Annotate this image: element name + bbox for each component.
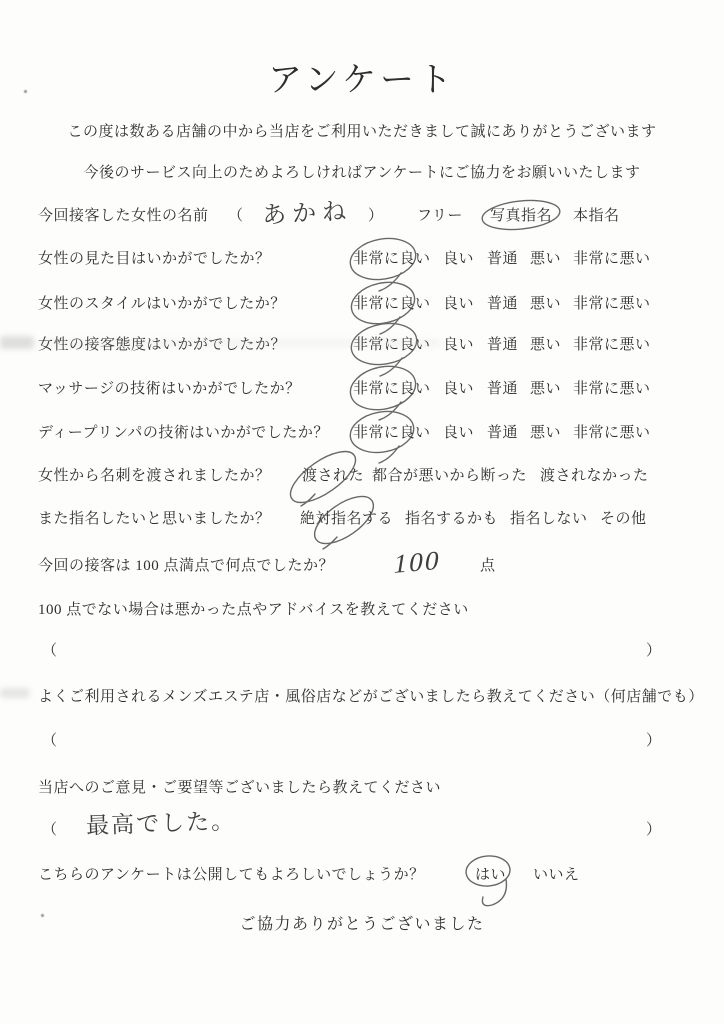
- option-no[interactable]: いいえ: [533, 864, 580, 886]
- advice-question-row: 100 点でない場合は悪かった点やアドバイスを教えてください: [0, 599, 724, 623]
- question-label: 今回の接客は 100 点満点で何点でしたか？: [38, 555, 334, 577]
- option-very-bad[interactable]: 非常に悪い: [573, 293, 651, 315]
- rating-row-style: 女性のスタイルはいかがでしたか？ 非常に良い 良い 普通 悪い 非常に悪い: [0, 293, 724, 317]
- paren-open: （: [42, 730, 58, 752]
- option-maybe-nominate[interactable]: 指名するかも: [405, 508, 498, 530]
- option-normal[interactable]: 普通: [487, 334, 518, 356]
- option-very-good[interactable]: 非常に良い: [353, 378, 431, 400]
- paren-close: ）: [646, 640, 662, 662]
- handwritten-opinion: 最高でした。: [85, 802, 236, 840]
- option-very-good[interactable]: 非常に良い: [353, 248, 431, 270]
- option-declined[interactable]: 都合が悪いから断った: [372, 465, 527, 487]
- paren-open: （: [42, 819, 58, 841]
- paren-close: ）: [368, 205, 384, 227]
- paren-open: （: [42, 640, 58, 662]
- question-label: よくご利用されるメンズエステ店・風俗店などがございましたら教えてください（何店舗…: [38, 686, 704, 708]
- intro-line-1: この度は数ある店舗の中から当店をご利用いただきまして誠にありがとうございます: [0, 120, 724, 141]
- option-bad[interactable]: 悪い: [530, 293, 561, 315]
- question-label: 当店へのご意見・ご要望等ございましたら教えてください: [38, 777, 441, 799]
- question-label: 100 点でない場合は悪かった点やアドバイスを教えてください: [38, 599, 469, 621]
- question-label: マッサージの技術はいかがでしたか？: [38, 378, 301, 400]
- option-good[interactable]: 良い: [443, 293, 474, 315]
- option-normal[interactable]: 普通: [487, 293, 518, 315]
- scan-smudge: [0, 336, 34, 349]
- publish-question-row: こちらのアンケートは公開してもよろしいでしょうか？ はい いいえ: [0, 864, 724, 888]
- option-bad[interactable]: 悪い: [530, 248, 561, 270]
- rating-row-deep-lymph-skill: ディープリンパの技術はいかがでしたか？ 非常に良い 良い 普通 悪い 非常に悪い: [0, 422, 724, 446]
- score-question-row: 今回の接客は 100 点満点で何点でしたか？ 点: [0, 555, 724, 579]
- intro-line-2: 今後のサービス向上のためよろしければアンケートにご協力をお願いいたします: [0, 161, 724, 182]
- option-very-bad[interactable]: 非常に悪い: [573, 334, 651, 356]
- option-very-bad[interactable]: 非常に悪い: [573, 248, 651, 270]
- question-label: 女性の見た目はいかがでしたか？: [38, 248, 271, 270]
- opinion-question-row: 当店へのご意見・ご要望等ございましたら教えてください: [0, 777, 724, 801]
- paren-close: ）: [646, 730, 662, 752]
- option-good[interactable]: 良い: [443, 334, 474, 356]
- handwritten-score: 100: [391, 545, 443, 580]
- option-good[interactable]: 良い: [443, 422, 474, 444]
- survey-scan-page: アンケート この度は数ある店舗の中から当店をご利用いただきまして誠にありがとうご…: [0, 0, 724, 1024]
- option-normal[interactable]: 普通: [487, 422, 518, 444]
- option-no-nominate[interactable]: 指名しない: [510, 508, 588, 530]
- paren-open: （: [228, 205, 244, 227]
- option-good[interactable]: 良い: [443, 378, 474, 400]
- rating-row-massage-skill: マッサージの技術はいかがでしたか？ 非常に良い 良い 普通 悪い 非常に悪い: [0, 378, 724, 402]
- option-normal[interactable]: 普通: [487, 248, 518, 270]
- option-not-received[interactable]: 渡されなかった: [540, 465, 649, 487]
- card-question-row: 女性から名刺を渡されましたか？ 渡された 都合が悪いから断った 渡されなかった: [0, 465, 724, 489]
- name-question-label: 今回接客した女性の名前: [38, 205, 209, 227]
- option-bad[interactable]: 悪い: [530, 334, 561, 356]
- question-label: ディープリンパの技術はいかがでしたか？: [38, 422, 329, 444]
- renominate-question-row: また指名したいと思いましたか？ 絶対指名する 指名するかも 指名しない その他: [0, 508, 724, 532]
- option-normal[interactable]: 普通: [487, 378, 518, 400]
- option-very-good[interactable]: 非常に良い: [353, 422, 431, 444]
- paren-close: ）: [646, 819, 662, 841]
- option-other[interactable]: その他: [600, 508, 647, 530]
- option-good[interactable]: 良い: [443, 248, 474, 270]
- advice-answer-row[interactable]: （ ）: [0, 640, 724, 664]
- question-label: また指名したいと思いましたか？: [38, 508, 271, 530]
- question-label: 女性のスタイルはいかがでしたか？: [38, 293, 286, 315]
- question-label: こちらのアンケートは公開してもよろしいでしょうか？: [38, 864, 425, 886]
- option-bad[interactable]: 悪い: [530, 378, 561, 400]
- shops-answer-row[interactable]: （ ）: [0, 730, 724, 754]
- question-label: 女性から名刺を渡されましたか？: [38, 465, 271, 487]
- handwritten-name: あかね: [261, 191, 353, 231]
- score-unit-label: 点: [480, 555, 496, 577]
- option-definitely-nominate[interactable]: 絶対指名する: [300, 508, 393, 530]
- option-very-good[interactable]: 非常に良い: [353, 293, 431, 315]
- option-received[interactable]: 渡された: [302, 465, 364, 487]
- option-photo-nomination[interactable]: 写真指名: [490, 205, 552, 227]
- rating-row-looks: 女性の見た目はいかがでしたか？ 非常に良い 良い 普通 悪い 非常に悪い: [0, 248, 724, 272]
- name-question-row: 今回接客した女性の名前 （ ） フリー 写真指名 本指名: [0, 205, 724, 229]
- option-yes[interactable]: はい: [475, 864, 506, 886]
- option-regular-nomination[interactable]: 本指名: [573, 205, 620, 227]
- scan-smudge: [40, 339, 440, 347]
- scan-speck: [24, 90, 27, 93]
- shops-question-row: よくご利用されるメンズエステ店・風俗店などがございましたら教えてください（何店舗…: [0, 686, 724, 710]
- scan-speck: [41, 914, 44, 917]
- footer-thanks: ご協力ありがとうございました: [0, 911, 724, 934]
- option-free[interactable]: フリー: [417, 205, 463, 227]
- page-title: アンケート: [0, 52, 724, 101]
- option-very-bad[interactable]: 非常に悪い: [573, 422, 651, 444]
- option-very-bad[interactable]: 非常に悪い: [573, 378, 651, 400]
- option-bad[interactable]: 悪い: [530, 422, 561, 444]
- scan-smudge: [0, 688, 30, 698]
